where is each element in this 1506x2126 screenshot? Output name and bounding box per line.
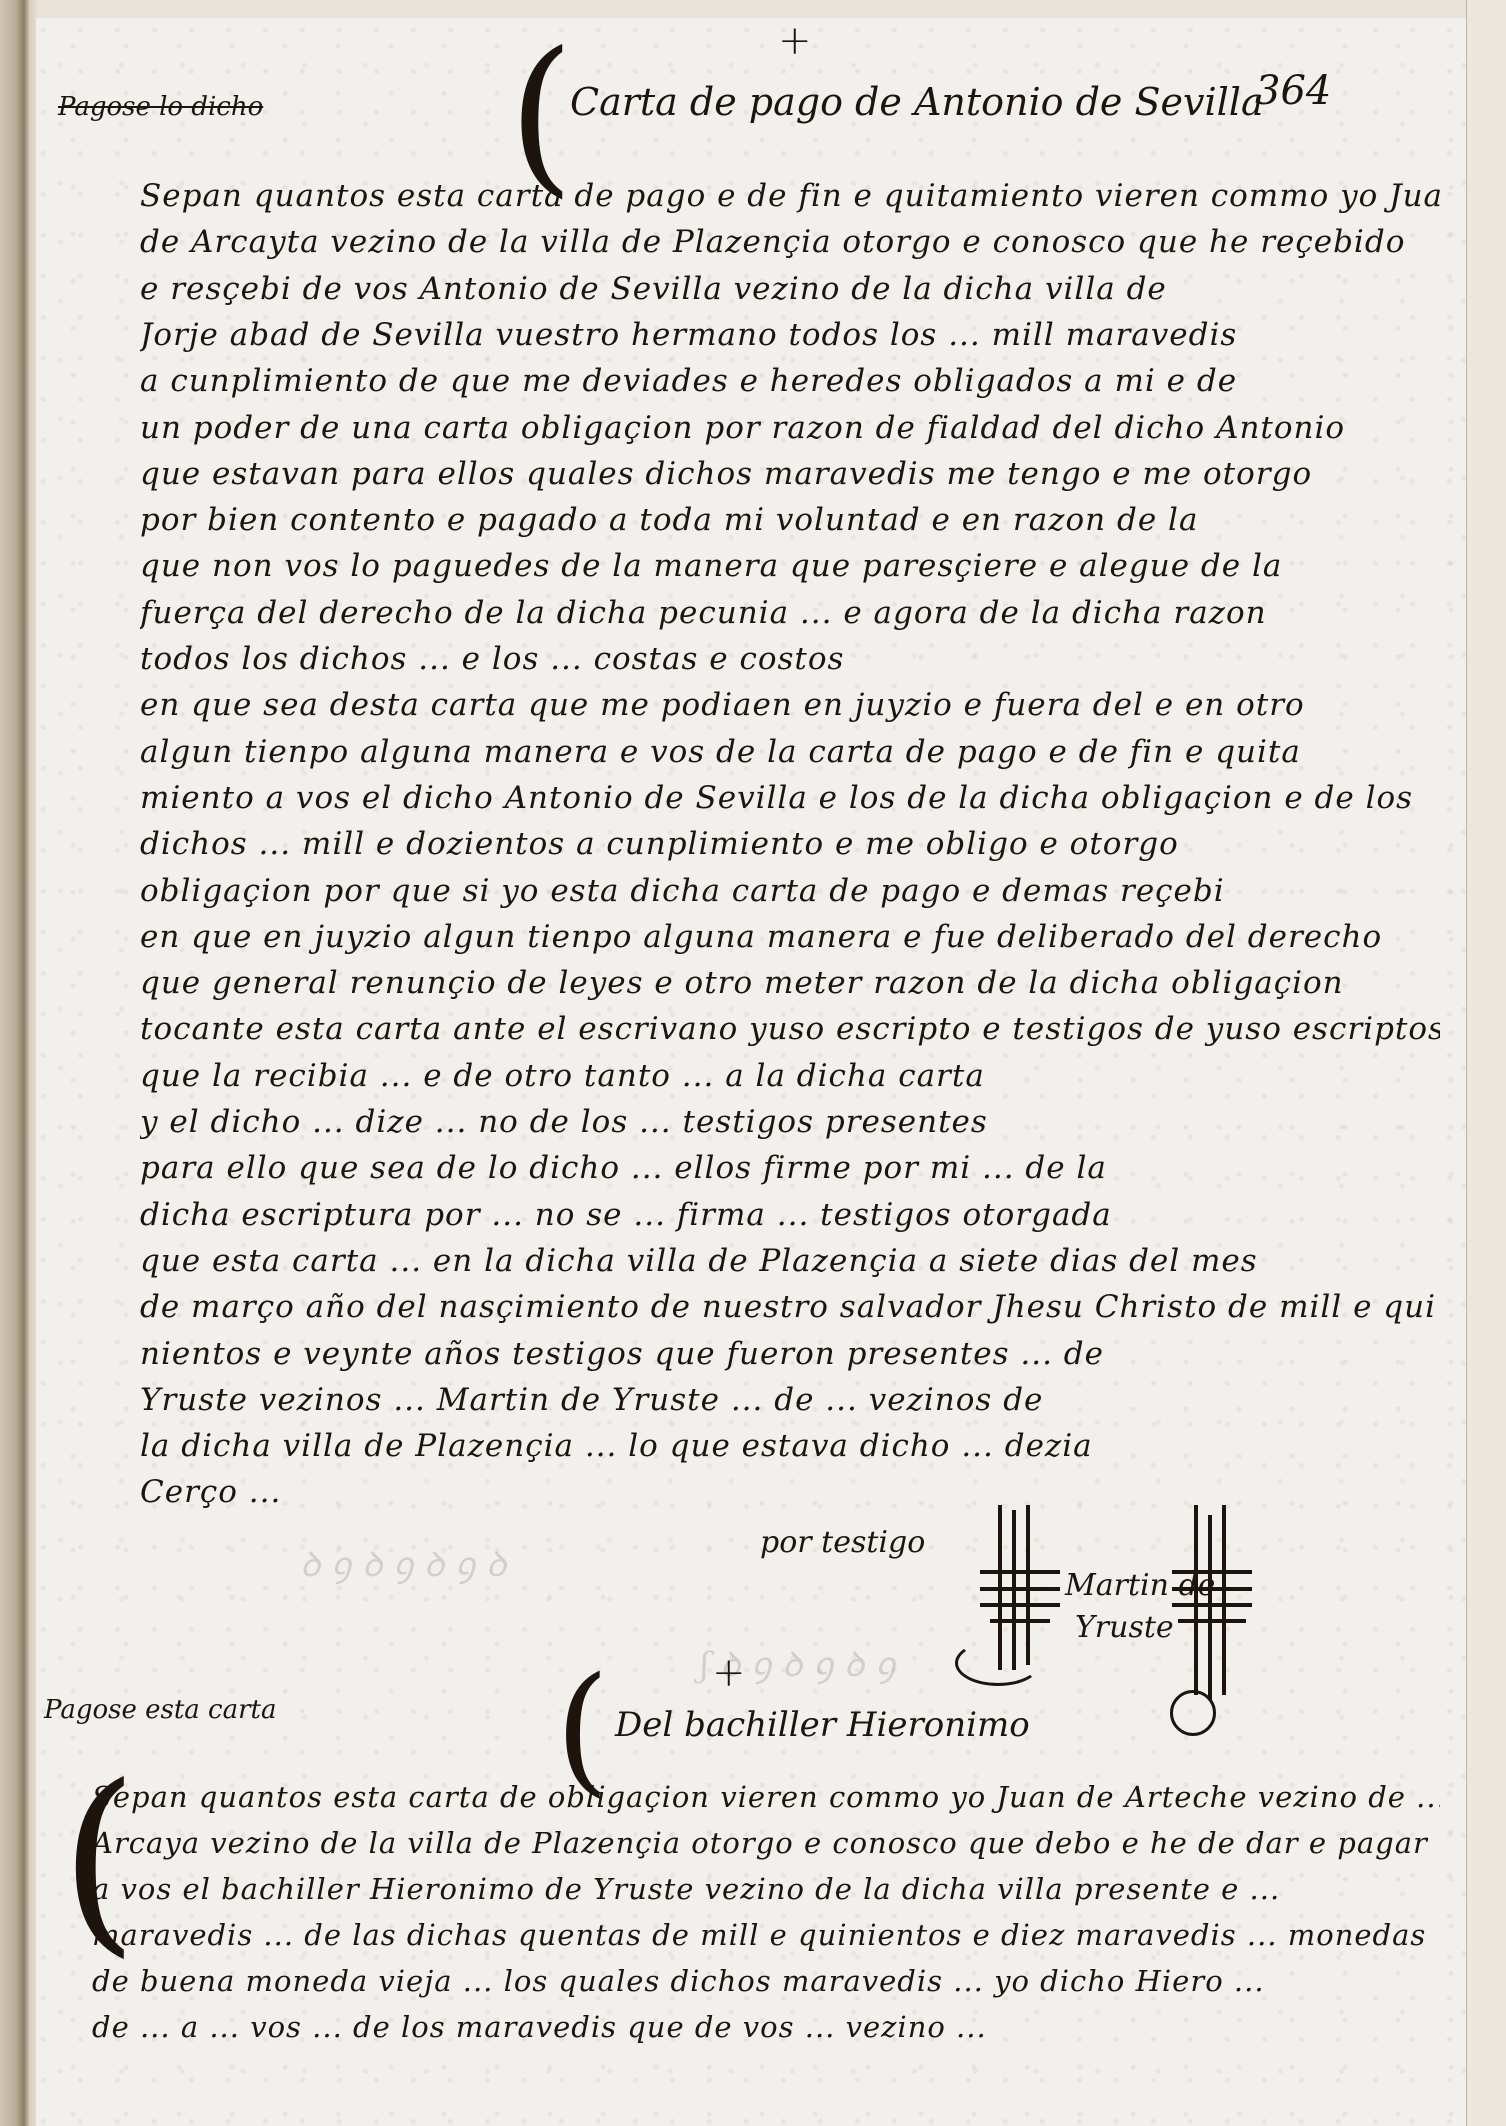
manuscript-line: y el dicho ... dize ... no de los ... te… [140, 1104, 1440, 1140]
manuscript-line: e resçebi de vos Antonio de Sevilla vezi… [140, 271, 1440, 307]
manuscript-line: Arcaya vezino de la villa de Plazençia o… [92, 1826, 1440, 1860]
manuscript-line: fuerça del derecho de la dicha pecunia .… [140, 595, 1440, 631]
adjacent-page-edge [1466, 0, 1506, 2126]
manuscript-line: dichos ... mill e dozientos a cunplimien… [140, 826, 1440, 862]
manuscript-line: que esta carta ... en la dicha villa de … [140, 1243, 1440, 1279]
manuscript-line: nientos e veynte años testigos que fuero… [140, 1336, 1440, 1372]
signature-rubric-right [1172, 1505, 1252, 1705]
cross-mark-icon: + [712, 1650, 746, 1696]
signature-line-2: Yruste [1075, 1610, 1174, 1645]
manuscript-line: de buena moneda vieja ... los quales dic… [92, 1964, 1440, 1998]
section-bracket: ( [508, 30, 574, 200]
manuscript-line: que general renunçio de leyes e otro met… [140, 965, 1440, 1001]
attestation: por testigo [760, 1525, 925, 1560]
manuscript-line: a cunplimiento de que me deviades e here… [140, 363, 1440, 399]
manuscript-line: miento a vos el dicho Antonio de Sevilla… [140, 780, 1440, 816]
manuscript-line: de março año del nasçimiento de nuestro … [140, 1289, 1440, 1325]
manuscript-line: a vos el bachiller Hieronimo de Yruste v… [92, 1872, 1440, 1906]
manuscript-line: en que en juyzio algun tienpo alguna man… [140, 919, 1440, 955]
manuscript-line: en que sea desta carta que me podiaen en… [140, 687, 1440, 723]
signature-flourish [955, 1640, 1041, 1686]
manuscript-line: que estavan para ellos quales dichos mar… [140, 456, 1440, 492]
folio-number: 364 [1255, 68, 1331, 114]
manuscript-line: Sepan quantos esta carta de obligaçion v… [92, 1780, 1440, 1814]
margin-note-1: Pagose lo dicho [58, 92, 263, 122]
manuscript-line: para ello que sea de lo dicho ... ellos … [140, 1150, 1440, 1186]
manuscript-line: algun tienpo alguna manera e vos de la c… [140, 734, 1440, 770]
section-bracket: ( [555, 1660, 610, 1800]
manuscript-line: que la recibia ... e de otro tanto ... a… [140, 1058, 1440, 1094]
section-heading-2: Del bachiller Hieronimo [615, 1705, 1030, 1745]
manuscript-line: maravedis ... de las dichas quentas de m… [92, 1918, 1440, 1952]
manuscript-line: la dicha villa de Plazençia ... lo que e… [140, 1428, 1440, 1464]
bleed-through-text: ꝺ ꝯ ꝺ ꝯ ꝺ ꝯ ꝺ [300, 1540, 506, 1586]
manuscript-line: dicha escriptura por ... no se ... firma… [140, 1197, 1440, 1233]
manuscript-line: obligaçion por que si yo esta dicha cart… [140, 873, 1440, 909]
cross-mark-icon: + [778, 18, 812, 64]
section-heading-1: Carta de pago de Antonio de Sevilla [570, 80, 1264, 124]
manuscript-line: de ... a ... vos ... de los maravedis qu… [92, 2010, 1440, 2044]
manuscript-line: Sepan quantos esta carta de pago e de fi… [140, 178, 1440, 214]
manuscript-line: Jorje abad de Sevilla vuestro hermano to… [140, 317, 1440, 353]
manuscript-line: de Arcayta vezino de la villa de Plazenç… [140, 224, 1440, 260]
manuscript-line: Yruste vezinos ... Martin de Yruste ... … [140, 1382, 1440, 1418]
manuscript-line: tocante esta carta ante el escrivano yus… [140, 1011, 1440, 1047]
manuscript-line: todos los dichos ... e los ... costas e … [140, 641, 1440, 677]
signature-flourish [1170, 1690, 1216, 1736]
manuscript-line: un poder de una carta obligaçion por raz… [140, 410, 1440, 446]
book-binding-gutter [0, 0, 40, 2126]
margin-note-2: Pagose esta carta [44, 1695, 277, 1725]
manuscript-line: por bien contento e pagado a toda mi vol… [140, 502, 1440, 538]
manuscript-line: que non vos lo paguedes de la manera que… [140, 548, 1440, 584]
